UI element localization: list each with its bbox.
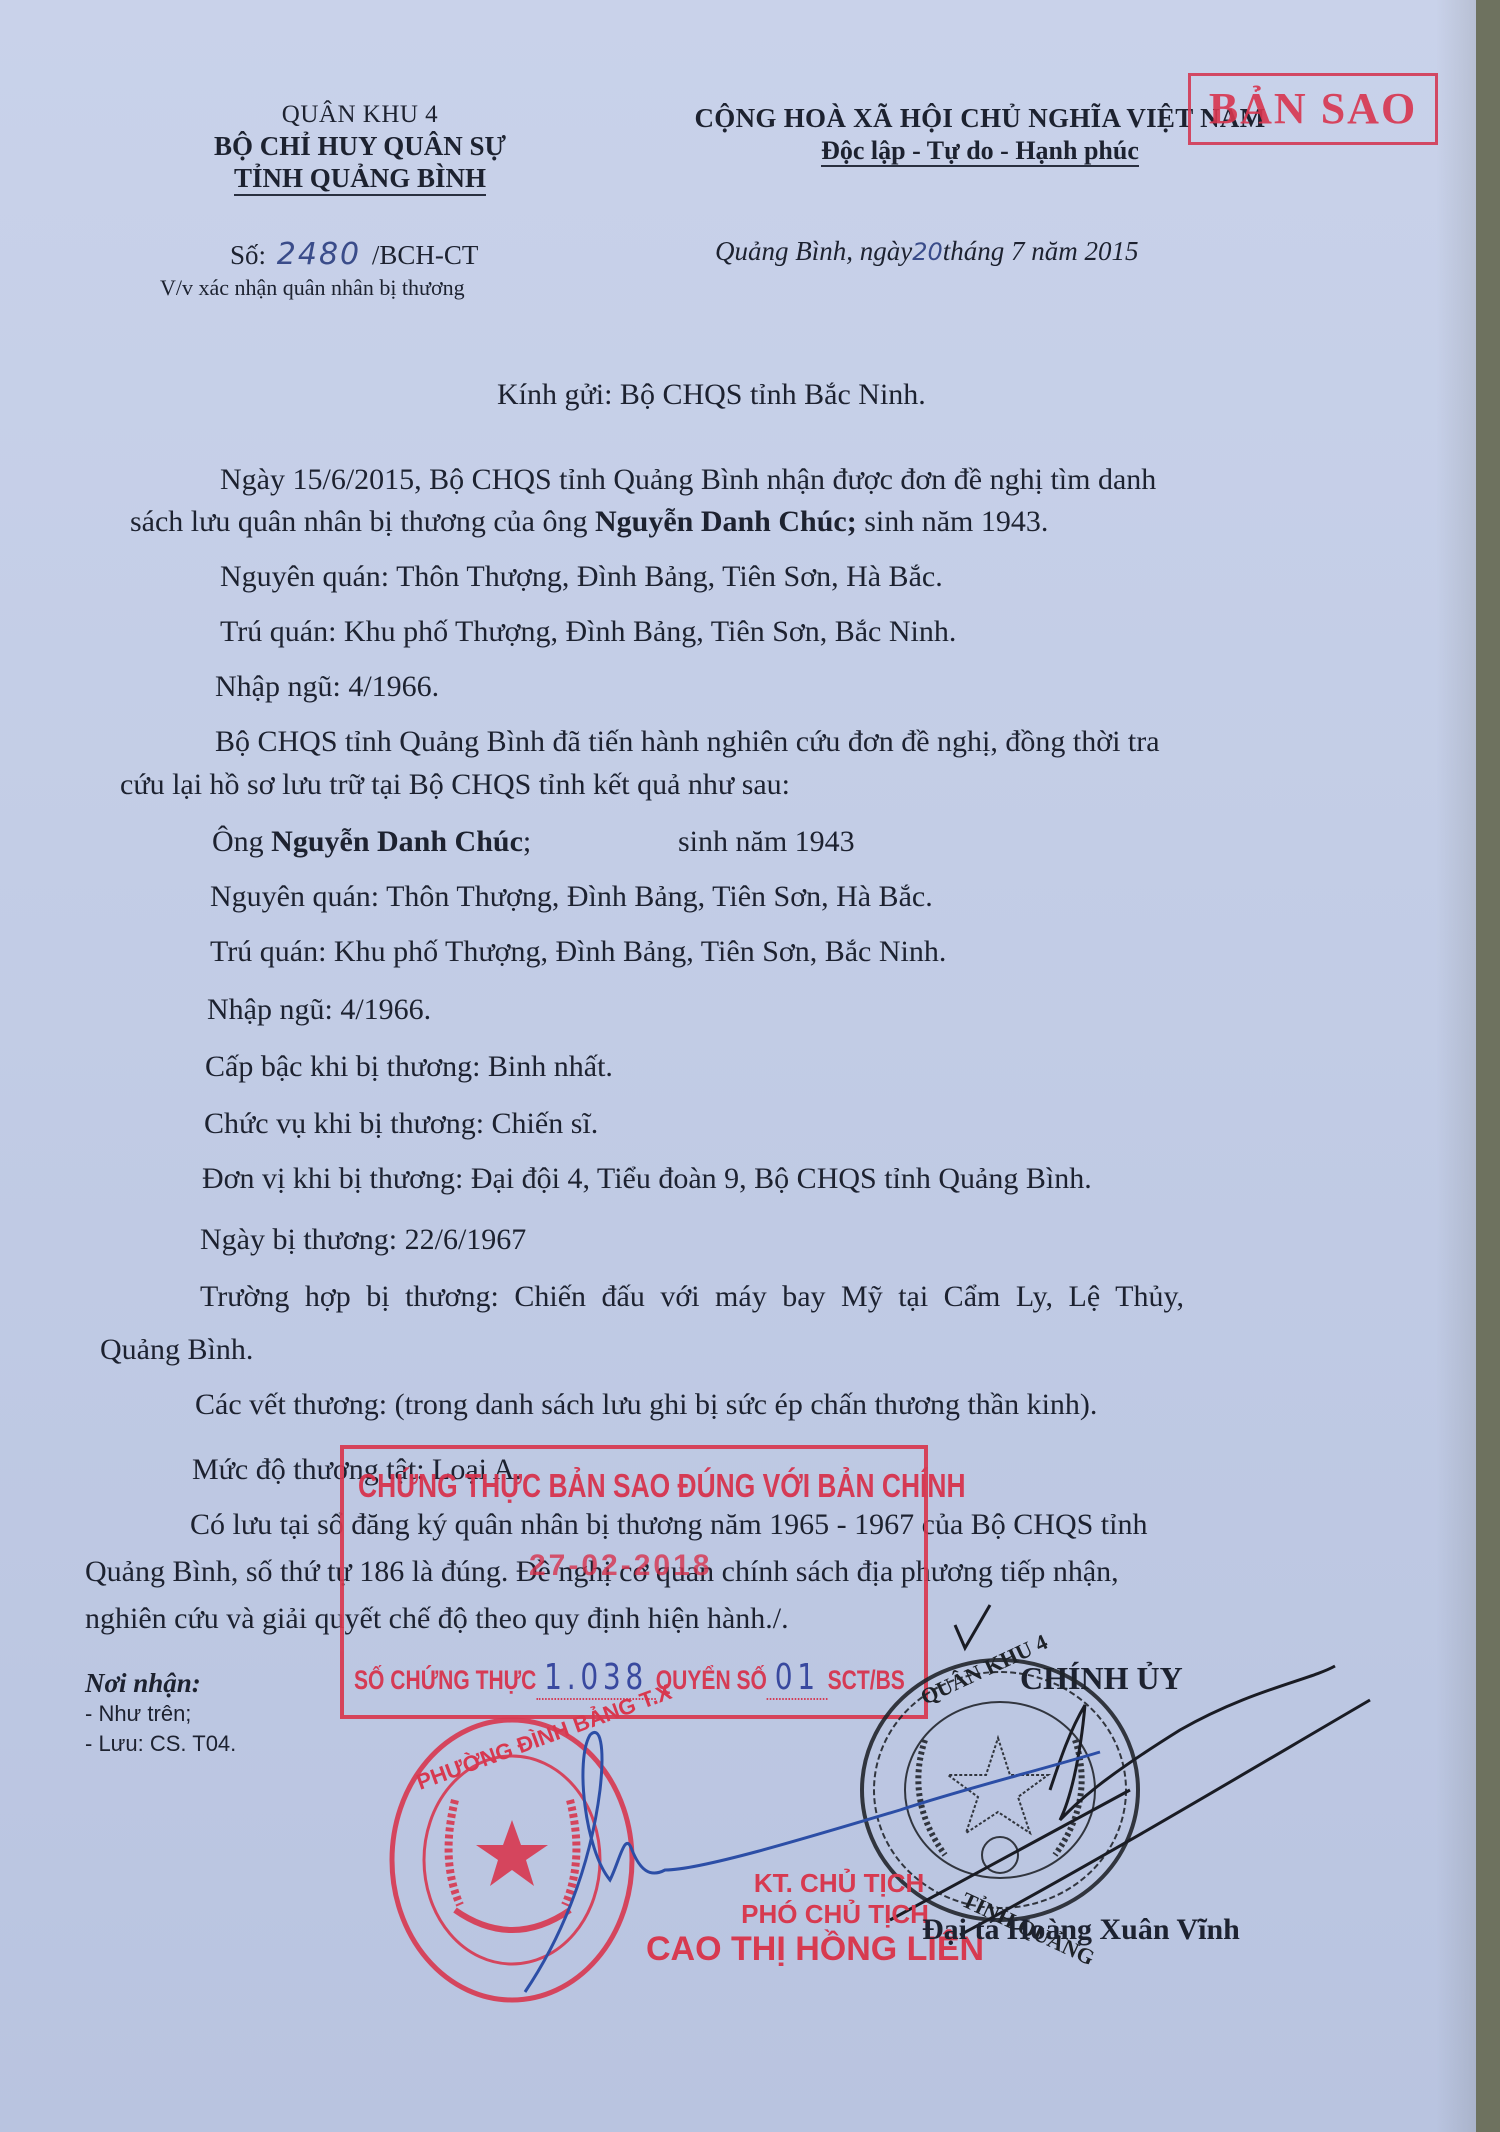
certification-footer: SỐ CHỨNG THỰC1.038QUYỂN SỐ01SCT/BS xyxy=(354,1657,905,1698)
document-subject: V/v xác nhận quân nhân bị thương xyxy=(160,275,465,301)
document-number: Số: 2480 /BCH-CT xyxy=(230,237,478,272)
record-wounds: Các vết thương: (trong danh sách lưu ghi… xyxy=(195,1388,1097,1422)
signature-title: CHÍNH ỦY xyxy=(1020,1660,1183,1697)
record-date-injured: Ngày bị thương: 22/6/1967 xyxy=(200,1223,526,1257)
certification-date: 27-02-2018 xyxy=(529,1549,712,1583)
agency-line-3: TỈNH QUẢNG BÌNH xyxy=(150,162,570,194)
recipient-item: - Như trên; xyxy=(85,1699,236,1729)
certification-stamp: CHỨNG THỰC BẢN SAO ĐÚNG VỚI BẢN CHÍNH 27… xyxy=(340,1445,928,1719)
record-rank: Cấp bậc khi bị thương: Binh nhất. xyxy=(205,1050,613,1084)
ward-sign-line-1: KT. CHỦ TỊCH xyxy=(694,1868,984,1899)
place-and-date: Quảng Bình, ngày20tháng 7 năm 2015 xyxy=(715,236,1139,267)
intro-residence: Trú quán: Khu phố Thượng, Đình Bảng, Tiê… xyxy=(220,615,956,649)
record-position: Chức vụ khi bị thương: Chiến sĩ. xyxy=(204,1107,598,1141)
copy-stamp: BẢN SAO xyxy=(1188,73,1438,145)
certification-title: CHỨNG THỰC BẢN SAO ĐÚNG VỚI BẢN CHÍNH xyxy=(358,1467,966,1505)
record-name: Ông Nguyễn Danh Chúc; xyxy=(212,825,531,859)
issuing-agency-header: QUÂN KHU 4 BỘ CHỈ HUY QUÂN SỰ TỈNH QUẢNG… xyxy=(150,100,570,194)
certification-number: 1.038 xyxy=(536,1657,655,1700)
record-origin: Nguyên quán: Thôn Thượng, Đình Bảng, Tiê… xyxy=(210,880,933,914)
agency-line-2: BỘ CHỈ HUY QUÂN SỰ xyxy=(150,130,570,162)
signer-name: Đại tá Hoàng Xuân Vĩnh xyxy=(922,1913,1240,1947)
ward-seal-icon xyxy=(392,1720,632,2000)
book-number: 01 xyxy=(767,1657,828,1700)
record-birth: sinh năm 1943 xyxy=(678,825,855,859)
research-line-2: cứu lại hồ sơ lưu trữ tại Bộ CHQS tỉnh k… xyxy=(120,768,790,802)
initials-mark-icon xyxy=(955,1605,990,1648)
record-unit: Đơn vị khi bị thương: Đại đội 4, Tiểu đo… xyxy=(202,1162,1092,1196)
recipients-block: Nơi nhận: - Như trên; - Lưu: CS. T04. xyxy=(85,1668,236,1759)
handwritten-doc-number: 2480 xyxy=(277,237,361,272)
addressee: Kính gửi: Bộ CHQS tỉnh Bắc Ninh. xyxy=(497,378,926,412)
research-line-1: Bộ CHQS tỉnh Quảng Bình đã tiến hành ngh… xyxy=(215,725,1160,759)
agency-line-1: QUÂN KHU 4 xyxy=(150,100,570,130)
record-circumstance-1: Trường hợp bị thương: Chiến đấu với máy … xyxy=(200,1280,1184,1314)
record-residence: Trú quán: Khu phố Thượng, Đình Bảng, Tiê… xyxy=(210,935,946,969)
intro-enlisted: Nhập ngũ: 4/1966. xyxy=(215,670,439,704)
document-page: QUÂN KHU 4 BỘ CHỈ HUY QUÂN SỰ TỈNH QUẢNG… xyxy=(0,0,1476,2132)
intro-origin: Nguyên quán: Thôn Thượng, Đình Bảng, Tiê… xyxy=(220,560,943,594)
intro-line-2: sách lưu quân nhân bị thương của ông Ngu… xyxy=(130,505,1048,539)
recipient-item: - Lưu: CS. T04. xyxy=(85,1729,236,1759)
handwritten-day: 20 xyxy=(912,238,943,266)
veteran-name: Nguyễn Danh Chúc; xyxy=(595,505,857,538)
recipients-title: Nơi nhận: xyxy=(85,1668,236,1699)
record-enlisted: Nhập ngũ: 4/1966. xyxy=(207,993,431,1027)
intro-line-1: Ngày 15/6/2015, Bộ CHQS tỉnh Quảng Bình … xyxy=(220,463,1156,497)
record-circumstance-2: Quảng Bình. xyxy=(100,1333,253,1367)
